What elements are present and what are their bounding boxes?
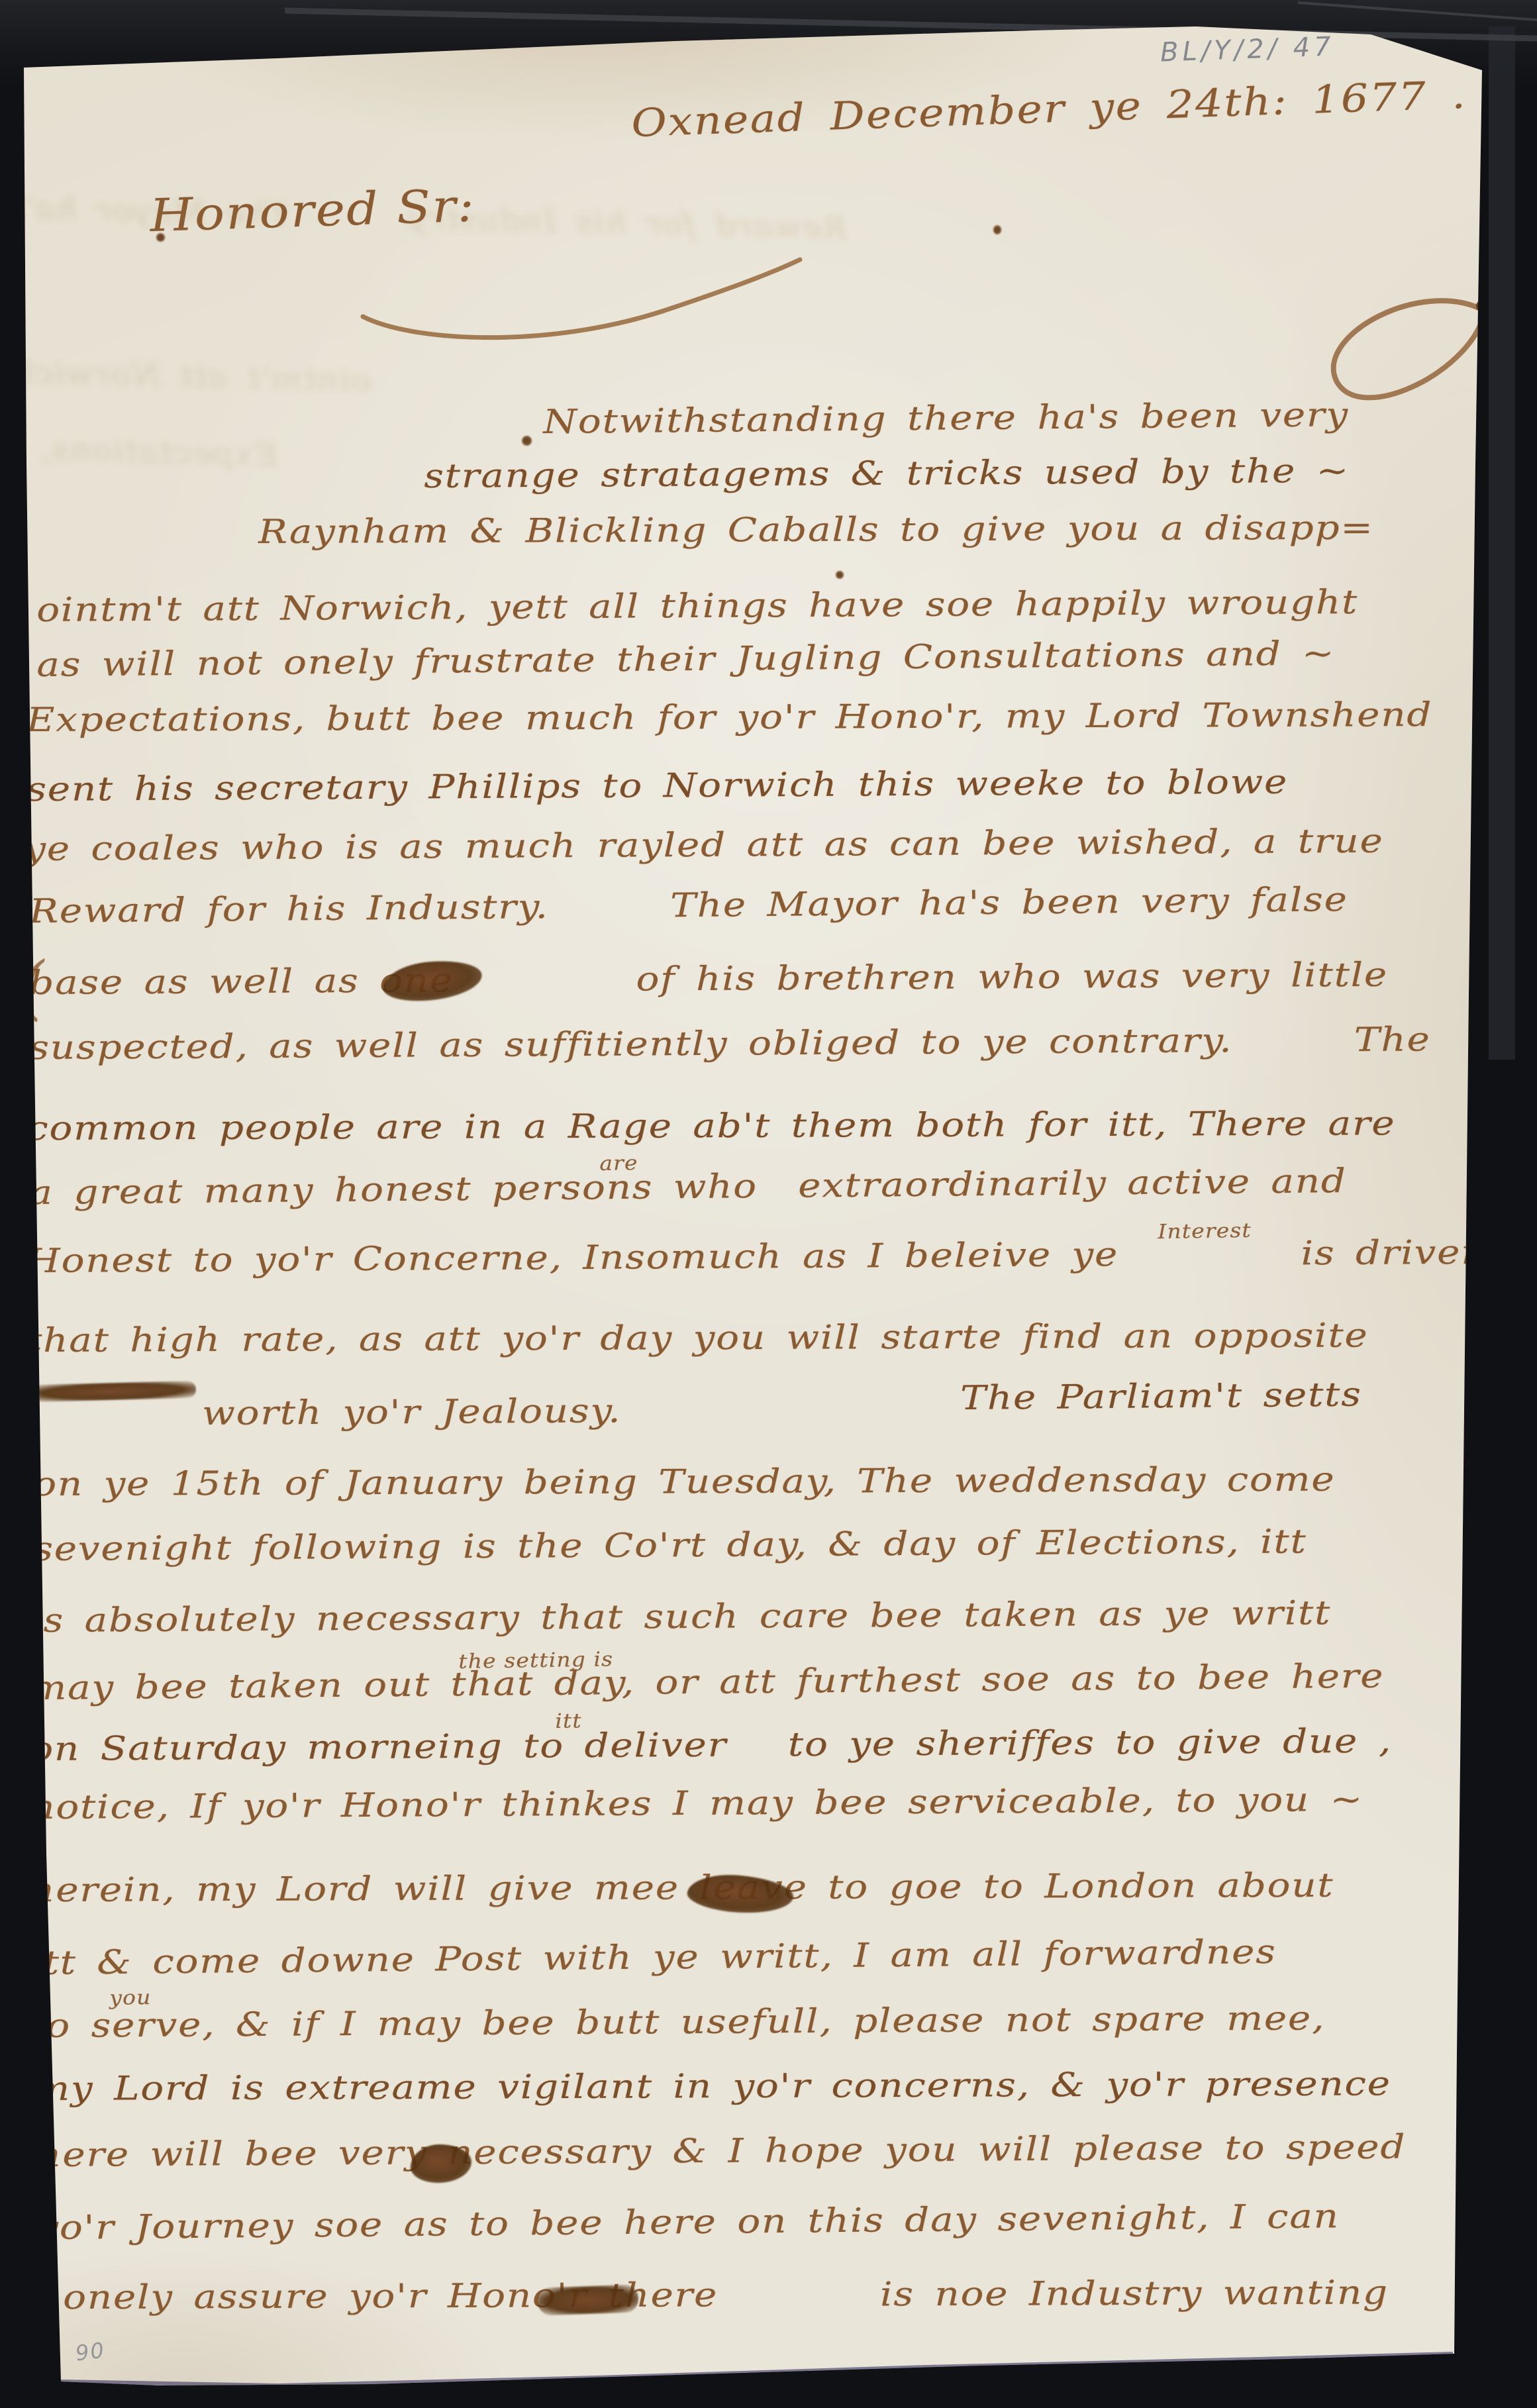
letter-page: Oxnead December ye 24th: 1677 . BL/Y/2/ … (0, 0, 1537, 2408)
archive-reference-pencil: BL/Y/2/ 47 (1160, 31, 1335, 68)
manuscript-line: herein, my Lord will give mee leave to g… (30, 1866, 1334, 1909)
manuscript-line: as will not onely frustrate their Juglin… (36, 634, 1336, 684)
ink-speck (156, 233, 165, 242)
manuscript-line: onely assure yo'r Hono'r there is noe In… (63, 2273, 1389, 2317)
ink-speck (836, 571, 844, 579)
manuscript-line: The Parliam't setts (960, 1376, 1362, 1417)
folio-number-pencil: 90 (74, 2337, 107, 2366)
manuscript-line: suspected, as well as suffitiently oblig… (29, 1020, 1431, 1067)
manuscript-line: Reward for his Industry. The Mayor ha's … (29, 880, 1348, 930)
manuscript-line: is absolutely necessary that such care b… (30, 1593, 1331, 1640)
mount-slot-shadow (1489, 26, 1515, 1060)
manuscript-line: common people are in a Rage ab't them bo… (26, 1104, 1396, 1148)
pen-loop-ink-dot (1476, 300, 1488, 312)
strikethrough-blot (537, 2284, 638, 2315)
photograph: Oxnead December ye 24th: 1677 . BL/Y/2/ … (0, 0, 1537, 2408)
verso-showthrough-line: Expectations, butt bee much for yo'r Hon… (0, 407, 278, 473)
manuscript-line: notice, If yo'r Hono'r thinkes I may bee… (30, 1780, 1363, 1827)
interlinear-insertion: itt (555, 1709, 582, 1733)
salutation-flourish (363, 260, 800, 338)
manuscript-line: sevenight following is the Co'rt day, & … (33, 1522, 1307, 1568)
ink-speck (993, 225, 1001, 234)
interlinear-insertion: are (599, 1152, 638, 1176)
strikethrough-blot (29, 1381, 197, 1403)
margin-pen-mark: ( (16, 946, 48, 1029)
manuscript-line: yo'r Journey soe as to bee here on this … (36, 2197, 1340, 2247)
manuscript-line: on Saturday morneing to deliver to ye sh… (30, 1722, 1392, 1768)
verso-showthrough-line: ointm't att Norwich, yett all things hav… (0, 334, 371, 399)
manuscript-line: base as well as one of his brethren who … (29, 956, 1388, 1002)
ink-speck (522, 436, 532, 446)
pen-loop-flourish (1334, 301, 1485, 397)
manuscript-line: Expectations, butt bee much for yo'r Hon… (26, 695, 1432, 739)
manuscript-line: worth yo'r Jealousy. (202, 1391, 622, 1432)
manuscript-line: strange stratagems & tricks used by the … (424, 452, 1350, 495)
manuscript-line: Notwithstanding there ha's been very (543, 395, 1349, 441)
manuscript-line: on ye 15th of January being Tuesday, The… (33, 1460, 1335, 1503)
dateline: Oxnead December ye 24th: 1677 . (630, 72, 1467, 146)
manuscript-line: my Lord is extreame vigilant in yo'r con… (33, 2064, 1391, 2108)
manuscript-line: to serve, & if I may bee butt usefull, p… (30, 1999, 1325, 2045)
manuscript-line: ye coales who is as much rayled att as c… (24, 822, 1384, 868)
scan-edge-fringe (61, 2354, 1453, 2385)
manuscript-line: here will bee very necessary & I hope yo… (36, 2128, 1406, 2174)
manuscript-line: may bee taken out that day, or att furth… (30, 1657, 1385, 1707)
manuscript-line: Raynham & Blickling Caballs to give you … (258, 509, 1374, 551)
ink-blot (411, 2144, 471, 2183)
manuscript-line: itt & come downe Post with ye writt, I a… (30, 1932, 1277, 1982)
manuscript-line: a great many honest persons who extraord… (29, 1162, 1347, 1212)
manuscript-line: that high rate, as att yo'r day you will… (26, 1316, 1369, 1360)
interlinear-insertion: the setting is (458, 1648, 613, 1674)
manuscript-line: Honest to yo'r Concerne, Insomuch as I b… (26, 1232, 1537, 1280)
manuscript-line: ointm't att Norwich, yett all things hav… (36, 583, 1358, 629)
interlinear-insertion: Interest (1158, 1219, 1252, 1244)
manuscript-line: sent his secretary Phillips to Norwich t… (26, 763, 1288, 809)
interlinear-insertion: you (109, 1986, 152, 2010)
